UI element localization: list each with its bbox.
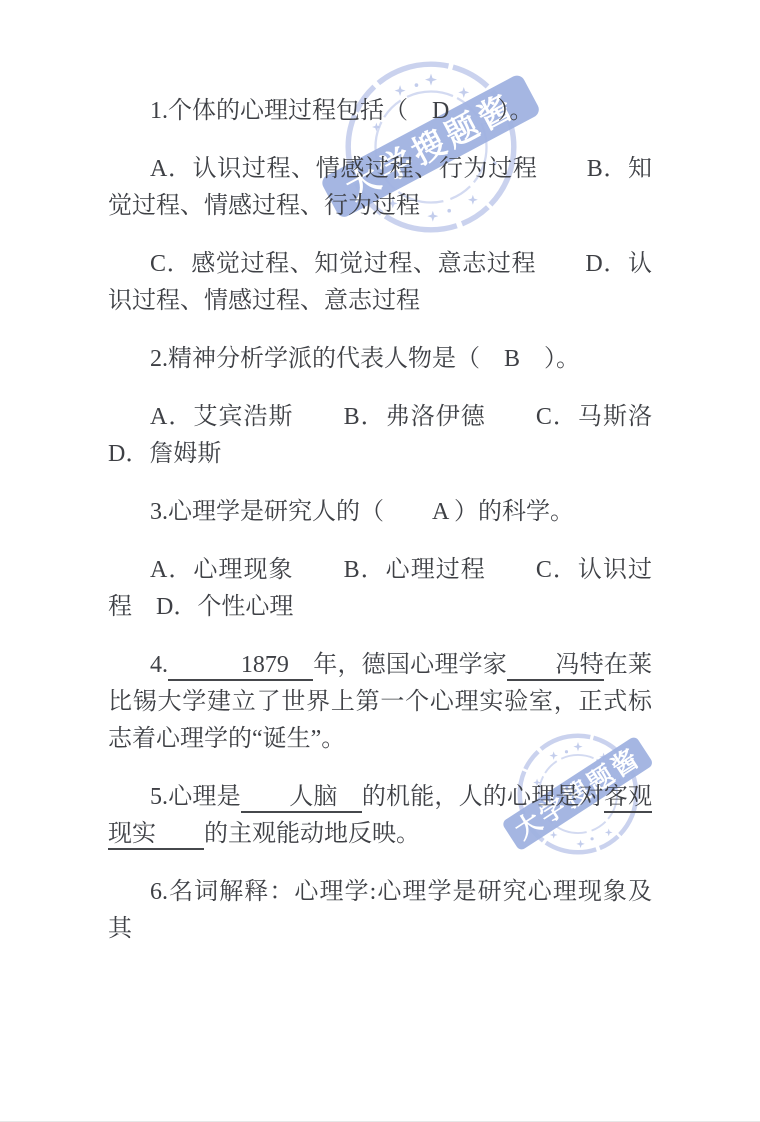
fill-in-blank: 冯特	[507, 652, 604, 681]
question-5-fill-in: 5.心理是 人脑 的机能，人的心理是对客观现实 的主观能动地反映。	[108, 779, 652, 853]
text-segment: 3.心理学是研究人的（ A ）的科学。	[150, 499, 574, 525]
question-1-options-ab: A．认识过程、情感过程、行为过程 B．知觉过程、情感过程、行为过程	[108, 151, 652, 225]
document-page: 大学搜题酱 大学搜题酱	[0, 0, 760, 1122]
text-segment: 的机能，人的心理是对	[362, 784, 604, 810]
question-3-stem: 3.心理学是研究人的（ A ）的科学。	[108, 494, 652, 531]
question-2-stem: 2.精神分析学派的代表人物是（ B ）。	[108, 341, 652, 378]
fill-in-blank: 人脑	[241, 784, 362, 813]
document-body: 1.个体的心理过程包括（ D ）。A．认识过程、情感过程、行为过程 B．知觉过程…	[108, 93, 652, 969]
question-4-fill-in: 4. 1879 年，德国心理学家 冯特在莱比锡大学建立了世界上第一个心理实验室，…	[108, 647, 652, 758]
question-1-stem: 1.个体的心理过程包括（ D ）。	[108, 93, 652, 130]
text-segment: 2.精神分析学派的代表人物是（ B ）。	[150, 346, 580, 372]
question-1-options-cd: C．感觉过程、知觉过程、意志过程 D．认识过程、情感过程、意志过程	[108, 246, 652, 320]
text-segment: A．认识过程、情感过程、行为过程 B．知觉过程、情感过程、行为过程	[108, 156, 652, 219]
text-segment: 年，德国心理学家	[313, 652, 507, 678]
text-segment: 6.名词解释：心理学:心理学是研究心理现象及其	[108, 879, 652, 942]
text-segment: A．心理现象 B．心理过程 C．认识过程 D．个性心理	[108, 557, 652, 620]
text-segment: 1.个体的心理过程包括（ D ）。	[150, 98, 533, 124]
question-3-options: A．心理现象 B．心理过程 C．认识过程 D．个性心理	[108, 552, 652, 626]
text-segment: 4.	[150, 652, 168, 678]
text-segment: 的主观能动地反映。	[204, 821, 420, 847]
text-segment: 5.心理是	[150, 784, 241, 810]
text-segment: C．感觉过程、知觉过程、意志过程 D．认识过程、情感过程、意志过程	[108, 251, 652, 314]
fill-in-blank: 1879	[168, 652, 313, 681]
text-segment: A．艾宾浩斯 B．弗洛伊德 C．马斯洛 D．詹姆斯	[108, 404, 676, 467]
question-2-options: A．艾宾浩斯 B．弗洛伊德 C．马斯洛 D．詹姆斯	[108, 399, 652, 473]
question-6-definition: 6.名词解释：心理学:心理学是研究心理现象及其	[108, 874, 652, 948]
